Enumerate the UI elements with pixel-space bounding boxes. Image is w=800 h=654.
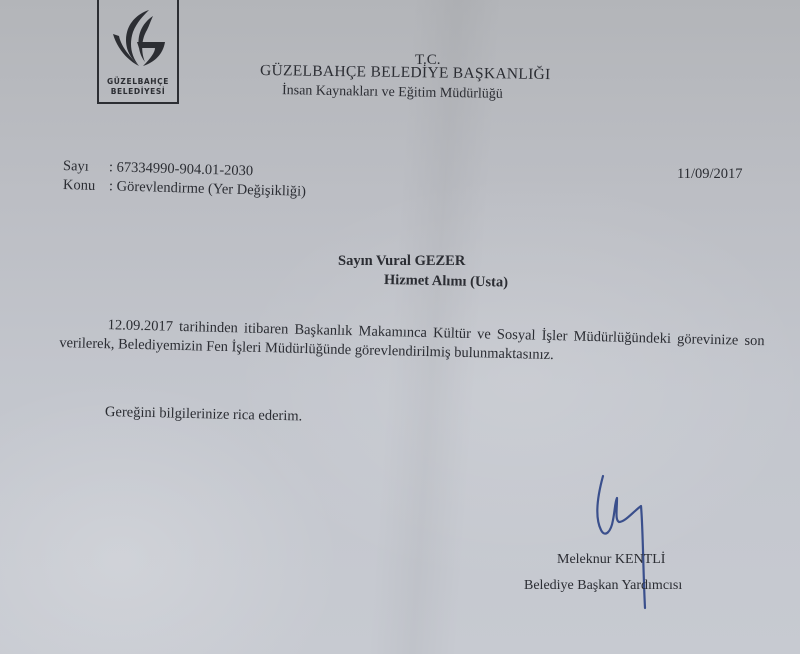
guzelbahce-logo-icon — [109, 8, 169, 70]
sayi-label: Sayı — [63, 157, 110, 177]
recipient-block: Sayın Vural GEZER Hizmet Alımı (Usta) — [338, 252, 508, 288]
logo-text-line1: GÜZELBAHÇE — [99, 77, 177, 86]
letter-closing: Gereğini bilgilerinize rica ederim. — [105, 404, 303, 425]
sayi-value: : 67334990-904.01-2030 — [109, 159, 254, 179]
signer-name: Meleknur KENTLİ — [557, 552, 665, 568]
letter-meta: Sayı: 67334990-904.01-2030 Konu: Görevle… — [63, 157, 306, 195]
municipality-logo: GÜZELBAHÇE BELEDİYESİ — [97, 0, 179, 104]
logo-text-line2: BELEDİYESİ — [99, 87, 177, 96]
header-department: İnsan Kaynakları ve Eğitim Müdürlüğü — [282, 83, 503, 103]
letter-paper: GÜZELBAHÇE BELEDİYESİ T.C. GÜZELBAHÇE BE… — [0, 0, 800, 654]
letter-date: 11/09/2017 — [677, 166, 743, 183]
recipient-title: Hizmet Alımı (Usta) — [338, 270, 508, 292]
recipient-name: Sayın Vural GEZER — [338, 252, 508, 270]
header-organization: GÜZELBAHÇE BELEDİYE BAŞKANLIĞI — [260, 62, 551, 84]
konu-label: Konu — [63, 176, 110, 196]
signer-title: Belediye Başkan Yardımcısı — [524, 578, 682, 594]
konu-value: : Görevlendirme (Yer Değişikliği) — [109, 178, 306, 199]
